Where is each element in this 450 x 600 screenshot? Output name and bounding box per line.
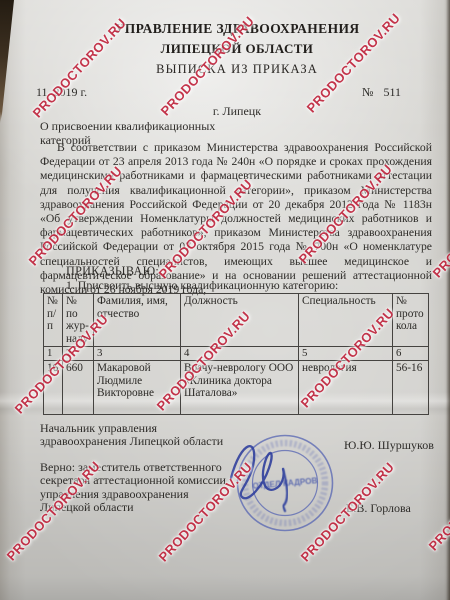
document-photo: УПРАВЛЕНИЕ ЗДРАВООХРАНЕНИЯ ЛИПЕЦКОЙ ОБЛА… <box>0 0 450 600</box>
chief-name: Ю.Ю. Шуршуков <box>344 439 434 452</box>
col-header-protocol: № прото кола <box>393 294 429 347</box>
doc-number: № 511 <box>362 85 401 100</box>
protocol-num: 56-16 <box>393 360 429 414</box>
chief-title: Начальник управления здравоохранения Лип… <box>40 422 223 449</box>
doc-place: г. Липецк <box>12 104 450 119</box>
table-index-row: 1 2 3 4 5 6 <box>44 347 429 361</box>
photo-background-edge-right <box>446 0 450 600</box>
col-index-6: 6 <box>393 347 429 361</box>
col-index-3: 3 <box>94 347 181 361</box>
order-word: ПРИКАЗЫВАЮ: <box>66 264 159 279</box>
table-row: 16 660 Макаровой Людмиле Викторовне Врач… <box>44 360 429 414</box>
order-item-1: 1. Присвоить высшую квалификационную кат… <box>66 278 338 293</box>
col-header-num: № п/ п <box>44 294 63 347</box>
